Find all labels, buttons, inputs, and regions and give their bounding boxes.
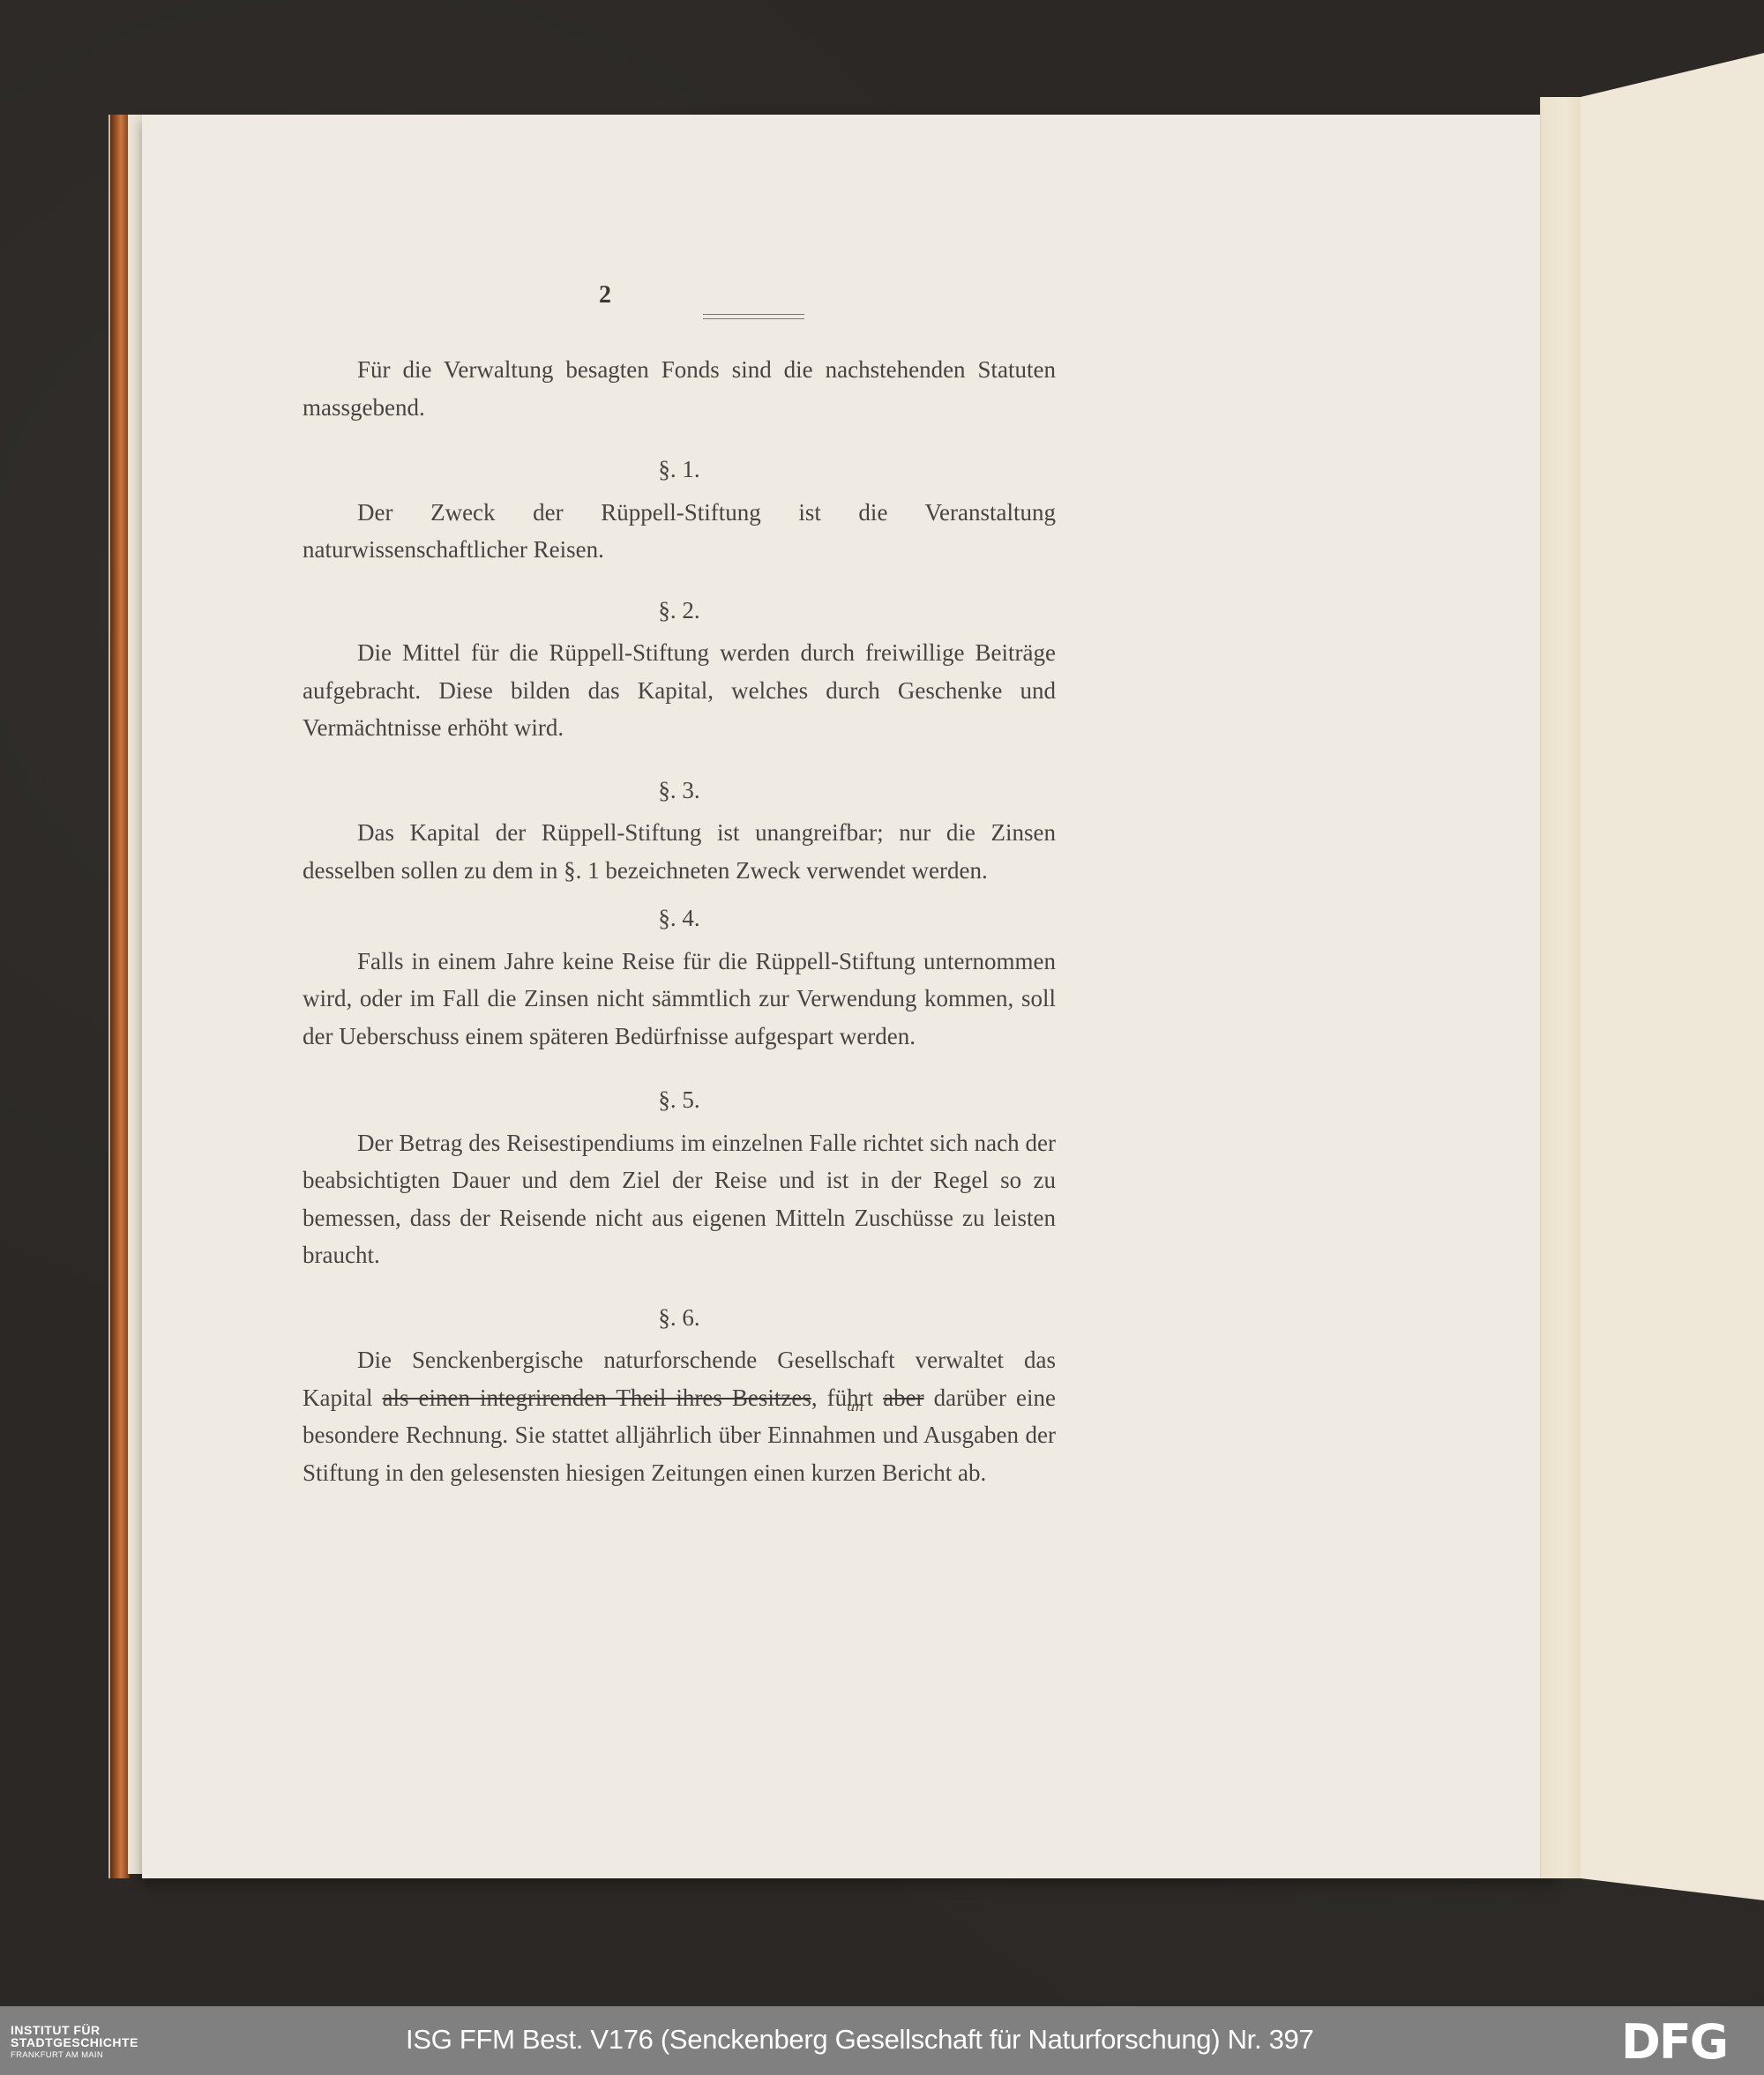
struck-phrase-2: aber [883,1385,923,1411]
section-text-2: Die Mittel für die Rüppell-Stiftung werd… [303,634,1056,747]
institute-logo-line3: FRANKFURT AM MAIN [11,2049,138,2062]
page-header: 2 [228,280,982,310]
institute-logo-line1: INSTITUT FÜR [11,2024,138,2036]
section-text-6: Die Senckenbergische naturforschende Ges… [303,1341,1056,1491]
section-heading-5: §. 5. [303,1081,1056,1119]
section-heading-2: §. 2. [303,592,1056,630]
archive-citation: ISG FFM Best. V176 (Senckenberg Gesellsc… [406,2022,1313,2057]
section-heading-4: §. 4. [303,899,1056,937]
page-text: 2 Für die Verwaltung besagten Fonds sind… [303,280,1056,1491]
institute-logo-line2: STADTGESCHICHTE [11,2036,138,2049]
header-double-rule [703,314,804,319]
section-text-4: Falls in einem Jahre keine Reise für die… [303,943,1056,1056]
page-number: 2 [228,280,982,310]
struck-phrase-1: als einen integrirenden Theil ihres Besi… [382,1385,811,1411]
section-text-1: Der Zweck der Rüppell-Stiftung ist die V… [303,494,1056,569]
facing-page [1581,53,1764,1900]
dfg-logo: DFG [1621,2020,1727,2064]
book-page-edge [128,115,143,1874]
intro-paragraph: Für die Verwaltung besagten Fonds sind d… [303,351,1056,426]
footer-bar: INSTITUT FÜR STADTGESCHICHTE FRANKFURT A… [0,2006,1764,2075]
section-text-5: Der Betrag des Reisestipendiums im einze… [303,1124,1056,1274]
institute-logo: INSTITUT FÜR STADTGESCHICHTE FRANKFURT A… [11,2024,138,2062]
book-spine-leather [108,115,130,1878]
handwritten-insert-mark: un [792,1388,863,1426]
book-gutter [1540,97,1582,1878]
section-heading-3: §. 3. [303,772,1056,810]
section-heading-1: §. 1. [303,451,1056,489]
section-heading-6: §. 6. [303,1299,1056,1337]
section-text-3: Das Kapital der Rüppell-Stiftung ist una… [303,814,1056,889]
